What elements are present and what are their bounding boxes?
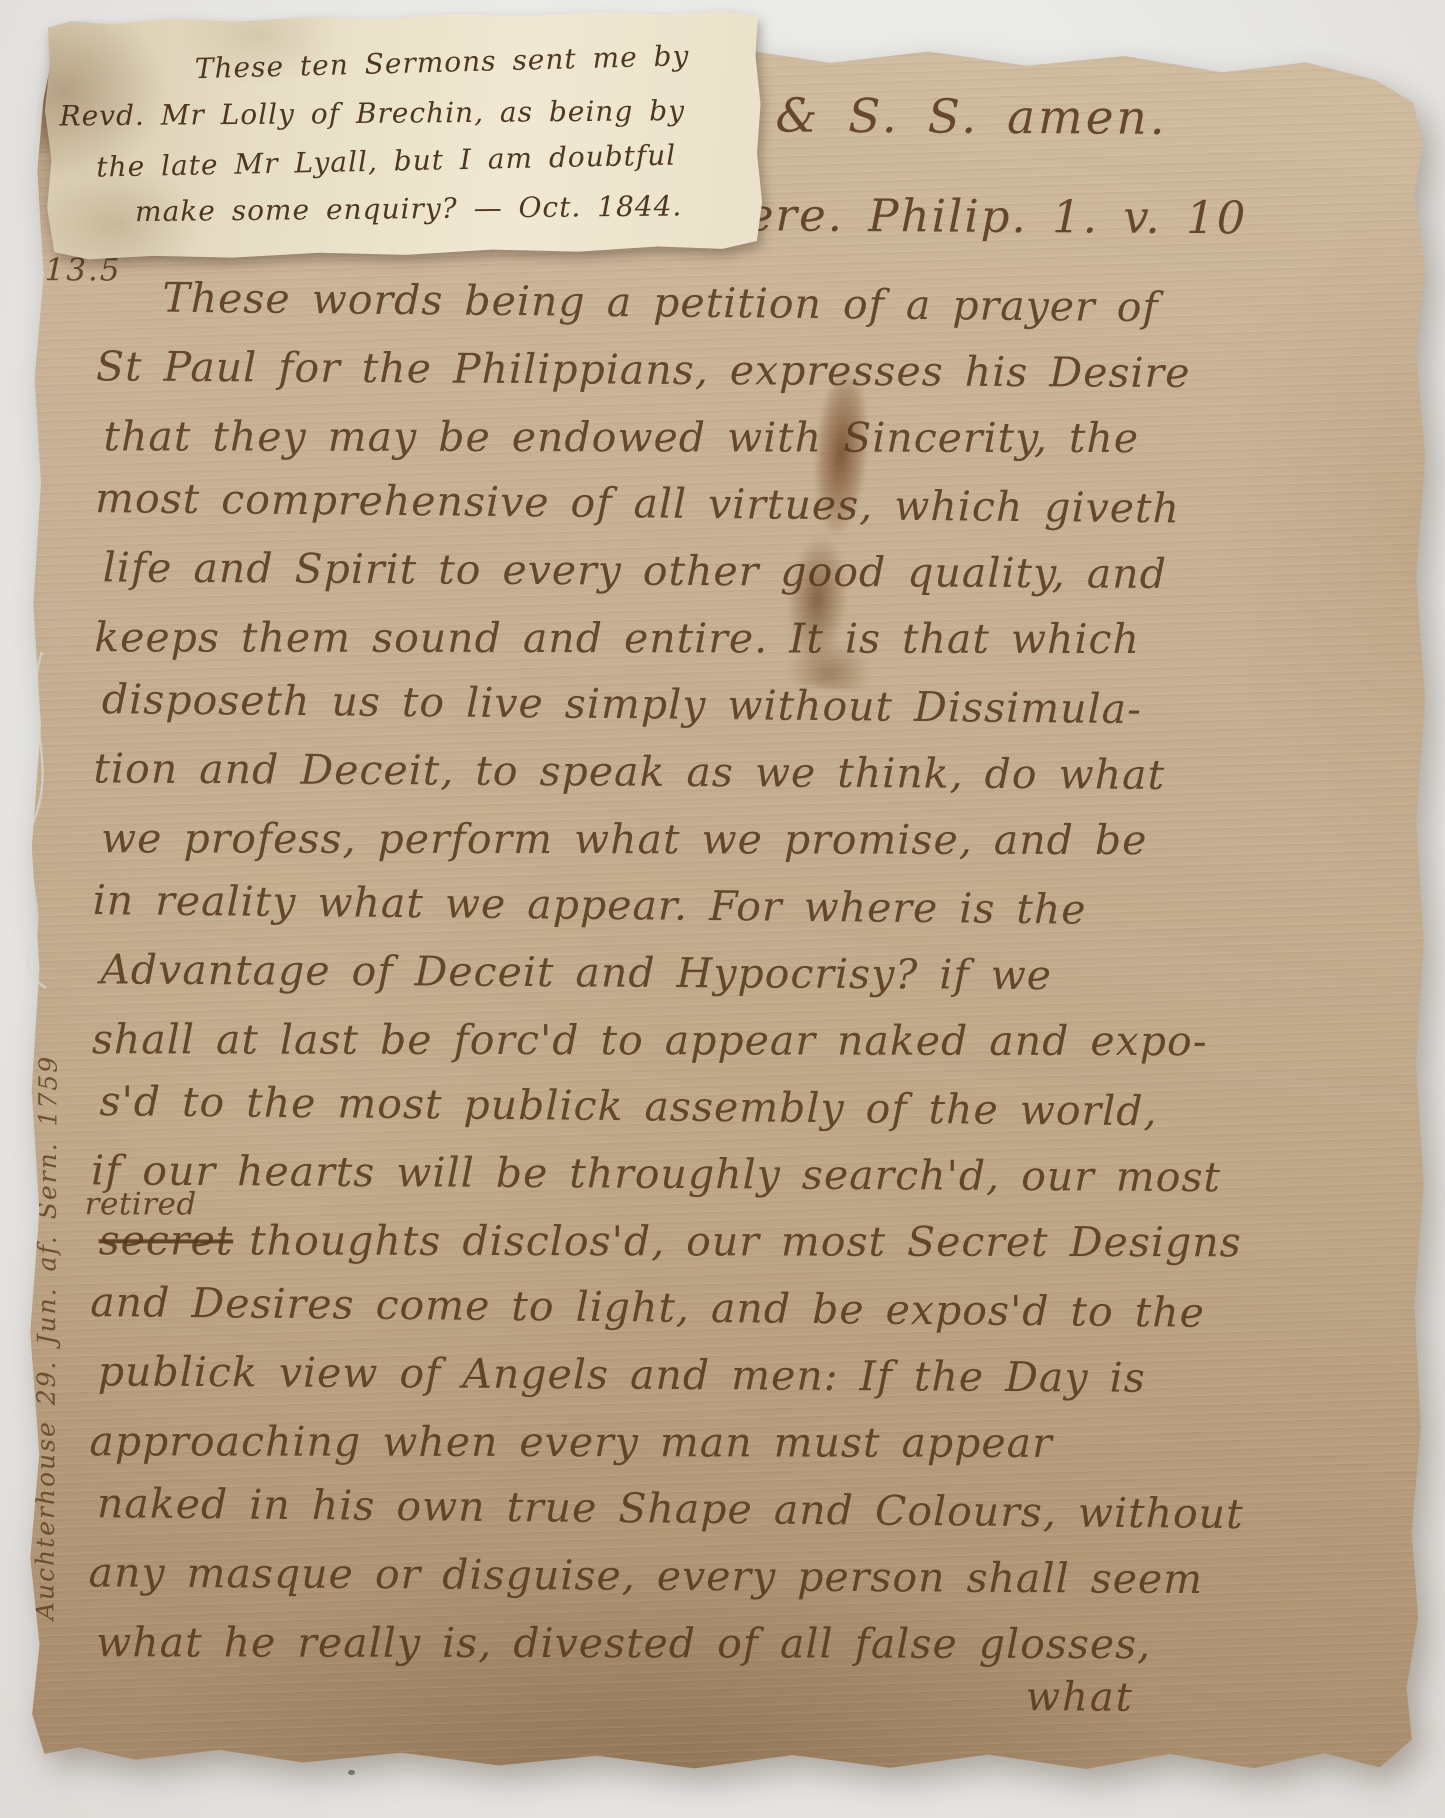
manuscript-line: s'd to the most publick assembly of the … <box>99 1068 1420 1148</box>
manuscript-line: if our hearts will be throughly search'd… <box>91 1137 1419 1212</box>
line-remainder: thoughts disclos'd, our most Secret Desi… <box>249 1217 1242 1267</box>
manuscript-line: any masque or disguise, every person sha… <box>88 1539 1416 1614</box>
manuscript-line: These words being a petition of a prayer… <box>104 264 1425 344</box>
manuscript-line: and Desires come to light, and be expos'… <box>90 1269 1419 1349</box>
manuscript-line: keeps them sound and entire. It is that … <box>94 604 1422 673</box>
manuscript-line: St Paul for the Philippians, expresses h… <box>96 333 1424 408</box>
manuscript-line: what he really is, divested of all false… <box>96 1609 1416 1678</box>
manuscript-line-with-correction: retiredsecretthoughts disclos'd, our mos… <box>99 1207 1419 1276</box>
manuscript-line: life and Spirit to every other good qual… <box>103 534 1423 609</box>
photo-backdrop: & S. S. amen. ere. Philip. 1. v. 10 13.5… <box>0 0 1445 1818</box>
torn-corner <box>29 28 170 154</box>
manuscript-line: Advantage of Deceit and Hypocrisy? if we <box>100 936 1420 1011</box>
manuscript-line: disposeth us to live simply without Diss… <box>102 666 1423 746</box>
interlinear-insertion: retired <box>85 1171 197 1238</box>
manuscript-line: most comprehensive of all virtues, which… <box>95 465 1424 545</box>
manuscript-line: publick view of Angels and men: If the D… <box>98 1338 1418 1413</box>
manuscript-line: that they may be endowed with Sincerity,… <box>103 403 1423 472</box>
dust-speck <box>348 1770 355 1775</box>
manuscript-line: shall at last be forc'd to appear naked … <box>92 1006 1420 1075</box>
manuscript-page: & S. S. amen. ere. Philip. 1. v. 10 13.5… <box>23 32 1432 1775</box>
sermon-body-text: These words being a petition of a prayer… <box>96 266 1425 1681</box>
catchword: what <box>1026 1674 1134 1721</box>
manuscript-line: we profess, perform what we promise, and… <box>101 805 1421 874</box>
manuscript-page-shadow: & S. S. amen. ere. Philip. 1. v. 10 13.5… <box>0 0 1445 1818</box>
heading-amen: & S. S. amen. <box>775 89 1168 146</box>
manuscript-line: naked in his own true Shape and Colours,… <box>97 1470 1418 1550</box>
loose-thread <box>12 650 82 990</box>
heading-scripture-reference: ere. Philip. 1. v. 10 <box>747 188 1248 244</box>
manuscript-line: tion and Deceit, to speak as we think, d… <box>93 735 1421 810</box>
manuscript-line: approaching when every man must appear <box>89 1408 1417 1477</box>
manuscript-line: in reality what we appear. For where is … <box>92 867 1421 947</box>
